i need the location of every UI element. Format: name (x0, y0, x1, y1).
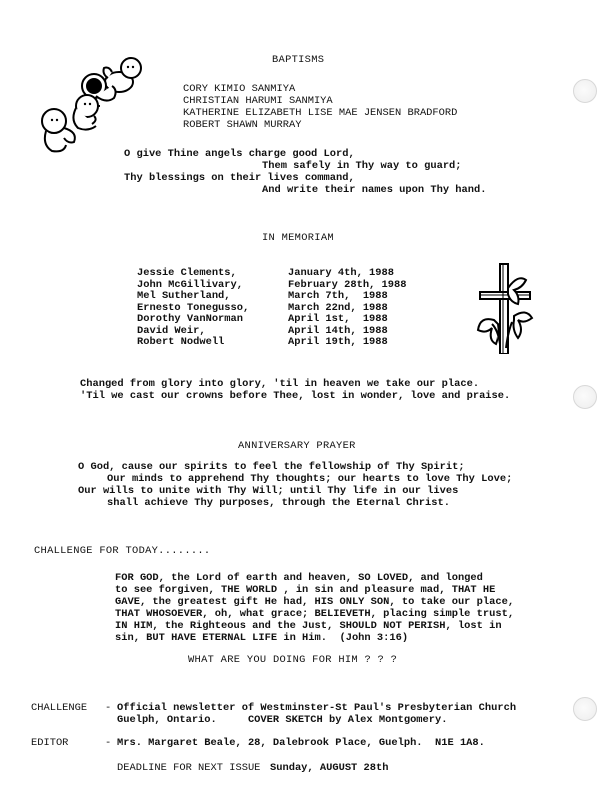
hole-punch-icon (573, 385, 597, 409)
memoriam-name: Dorothy VanNorman (137, 314, 243, 325)
memoriam-name: Mel Sutherland, (137, 291, 231, 302)
memoriam-date: March 7th, 1988 (288, 291, 388, 302)
memoriam-date: February 28th, 1988 (288, 280, 406, 291)
baptisms-heading: BAPTISMS (272, 55, 324, 66)
prayer-line: shall achieve Thy purposes, through the … (107, 498, 450, 509)
memoriam-date: January 4th, 1988 (288, 268, 394, 279)
cross-with-lilies-icon (472, 262, 540, 354)
challenge-line: sin, BUT HAVE ETERNAL LIFE in Him. (John… (115, 633, 408, 644)
baptism-name: KATHERINE ELIZABETH LISE MAE JENSEN BRAD… (183, 108, 457, 119)
memoriam-date: April 14th, 1988 (288, 326, 388, 337)
memoriam-date: March 22nd, 1988 (288, 303, 388, 314)
footer-challenge-dash: - (105, 703, 111, 714)
baptism-name: CHRISTIAN HARUMI SANMIYA (183, 96, 333, 107)
hole-punch-icon (573, 79, 597, 103)
challenge-line: GAVE, the greatest gift He had, HIS ONLY… (115, 597, 514, 608)
crawling-babies-icon (34, 56, 149, 154)
footer-challenge-label: CHALLENGE (31, 703, 87, 714)
prayer-line: Our wills to unite with Thy Will; until … (78, 486, 458, 497)
footer-editor-dash: - (105, 738, 111, 749)
challenge-line: FOR GOD, the Lord of earth and heaven, S… (115, 573, 483, 584)
footer-editor-address: Mrs. Margaret Beale, 28, Dalebrook Place… (117, 738, 485, 749)
memoriam-verse-line: Changed from glory into glory, 'til in h… (80, 379, 479, 390)
baptism-verse-line: Thy blessings on their lives command, (124, 173, 355, 184)
memoriam-name: David Weir, (137, 326, 206, 337)
memoriam-name: John McGillivary, (137, 280, 243, 291)
anniversary-prayer-heading: ANNIVERSARY PRAYER (238, 441, 356, 452)
footer-editor-label: EDITOR (31, 738, 68, 749)
memoriam-verse-line: 'Til we cast our crowns before Thee, los… (80, 391, 510, 402)
challenge-today-heading: CHALLENGE FOR TODAY........ (34, 546, 210, 557)
footer-newsletter-description: Official newsletter of Westminster-St Pa… (117, 703, 516, 714)
footer-location-credit: Guelph, Ontario. COVER SKETCH by Alex Mo… (117, 715, 447, 726)
challenge-line: IN HIM, the Righteous and the Just, SHOU… (115, 621, 502, 632)
prayer-line: O God, cause our spirits to feel the fel… (78, 462, 465, 473)
challenge-line: to see forgiven, THE WORLD , in sin and … (115, 585, 495, 596)
memoriam-name: Robert Nodwell (137, 337, 224, 348)
challenge-question: WHAT ARE YOU DOING FOR HIM ? ? ? (188, 655, 397, 666)
baptism-verse-line: And write their names upon Thy hand. (262, 185, 486, 196)
memoriam-date: April 19th, 1988 (288, 337, 388, 348)
memoriam-heading: IN MEMORIAM (262, 233, 334, 244)
baptism-verse-line: Them safely in Thy way to guard; (262, 161, 462, 172)
deadline-value: Sunday, AUGUST 28th (270, 763, 388, 774)
baptism-name: ROBERT SHAWN MURRAY (183, 120, 301, 131)
baptism-verse-line: O give Thine angels charge good Lord, (124, 149, 355, 160)
memoriam-name: Ernesto Tonegusso, (137, 303, 249, 314)
deadline-label: DEADLINE FOR NEXT ISSUE (117, 763, 260, 774)
challenge-line: THAT WHOSOEVER, oh, what grace; BELIEVET… (115, 609, 514, 620)
baptism-name: CORY KIMIO SANMIYA (183, 84, 295, 95)
prayer-line: Our minds to apprehend Thy thoughts; our… (107, 474, 512, 485)
hole-punch-icon (573, 697, 597, 721)
memoriam-date: April 1st, 1988 (288, 314, 388, 325)
memoriam-name: Jessie Clements, (137, 268, 237, 279)
